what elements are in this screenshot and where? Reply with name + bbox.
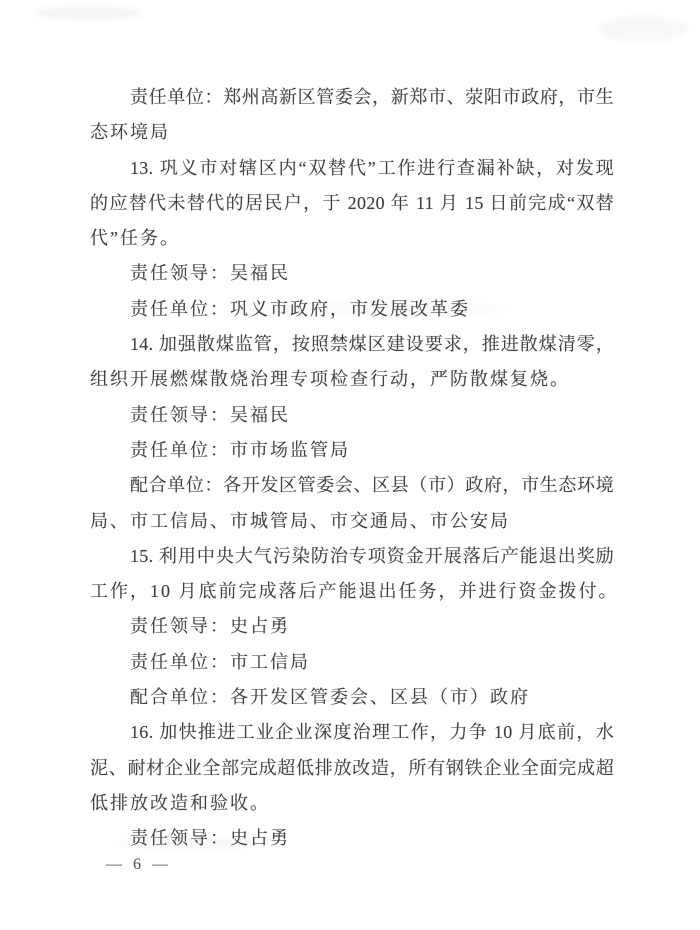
document-line: 责任单位：巩义市政府，市发展改革委 <box>90 292 614 327</box>
document-line: 责任单位：市工信局 <box>90 645 614 680</box>
document-line: 责任领导：史占勇 <box>90 821 614 856</box>
document-line: 15. 利用中央大气污染防治专项资金开展落后产能退出奖励 <box>90 539 614 574</box>
document-line: 责任领导：史占勇 <box>90 609 614 644</box>
document-line: 配合单位：各开发区管委会、区县（市）政府，市生态环境 <box>90 468 614 503</box>
scan-artifact <box>598 16 688 42</box>
document-line: 14. 加强散煤监管，按照禁煤区建设要求，推进散煤清零， <box>90 327 614 362</box>
document-line: 16. 加快推进工业企业深度治理工作，力争 10 月底前，水 <box>90 715 614 750</box>
document-line: 的应替代未替代的居民户，于 2020 年 11 月 15 日前完成“双替 <box>90 186 614 221</box>
document-line: 代”任务。 <box>90 221 614 256</box>
scan-artifact <box>34 6 144 20</box>
document-body: 责任单位：郑州高新区管委会，新郑市、荥阳市政府，市生态环境局13. 巩义市对辖区… <box>90 80 614 857</box>
document-line: 责任领导：吴福民 <box>90 398 614 433</box>
document-line: 低排放改造和验收。 <box>90 786 614 821</box>
document-line: 泥、耐材企业全部完成超低排放改造，所有钢铁企业全面完成超 <box>90 751 614 786</box>
document-page: 责任单位：郑州高新区管委会，新郑市、荥阳市政府，市生态环境局13. 巩义市对辖区… <box>0 0 700 930</box>
document-line: 局、市工信局、市城管局、市交通局、市公安局 <box>90 504 614 539</box>
page-number: — 6 — <box>106 856 170 874</box>
document-line: 责任单位：郑州高新区管委会，新郑市、荥阳市政府，市生 <box>90 80 614 115</box>
document-line: 13. 巩义市对辖区内“双替代”工作进行查漏补缺，对发现 <box>90 151 614 186</box>
document-line: 组织开展燃煤散烧治理专项检查行动，严防散煤复烧。 <box>90 362 614 397</box>
document-line: 态环境局 <box>90 115 614 150</box>
document-line: 工作，10 月底前完成落后产能退出任务，并进行资金拨付。 <box>90 574 614 609</box>
document-line: 责任单位：市市场监管局 <box>90 433 614 468</box>
document-line: 配合单位：各开发区管委会、区县（市）政府 <box>90 680 614 715</box>
document-line: 责任领导：吴福民 <box>90 256 614 291</box>
